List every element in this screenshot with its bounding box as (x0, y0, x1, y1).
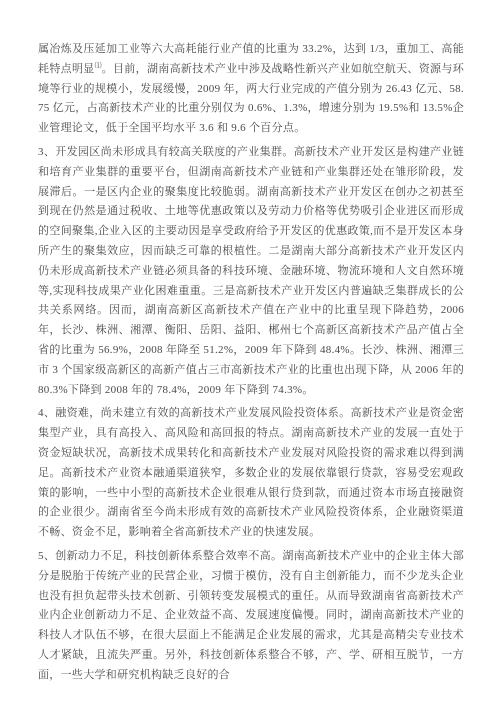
paragraph-4-financing-difficulty: 4、融资难，尚未建立有效的高新技术产业发展风险投资体系。高新技术产业是资金密集型… (38, 404, 464, 543)
paragraph-5-innovation-weakness: 5、创新动力不足，科技创新体系整合效率不高。湖南高新技术产业中的企业主体大部分是… (38, 547, 464, 686)
footnote-marker: ⑴ (95, 61, 102, 69)
document-page: 属冶炼及压延加工业等六大高耗能行业产值的比重为 33.2%，达到 1/3，重加工… (0, 0, 500, 707)
paragraph-energy-intensive-industries: 属冶炼及压延加工业等六大高耗能行业产值的比重为 33.2%，达到 1/3，重加工… (38, 40, 464, 139)
paragraph-3-industry-clusters: 3、开发园区尚未形成具有较高关联度的产业集群。高新技术产业开发区是构建产业链和培… (38, 143, 464, 400)
paragraph-text: 。目前，湖南高新技术产业中涉及战略性新兴产业如航空航天、资源与环境等行业的规模小… (38, 63, 464, 134)
